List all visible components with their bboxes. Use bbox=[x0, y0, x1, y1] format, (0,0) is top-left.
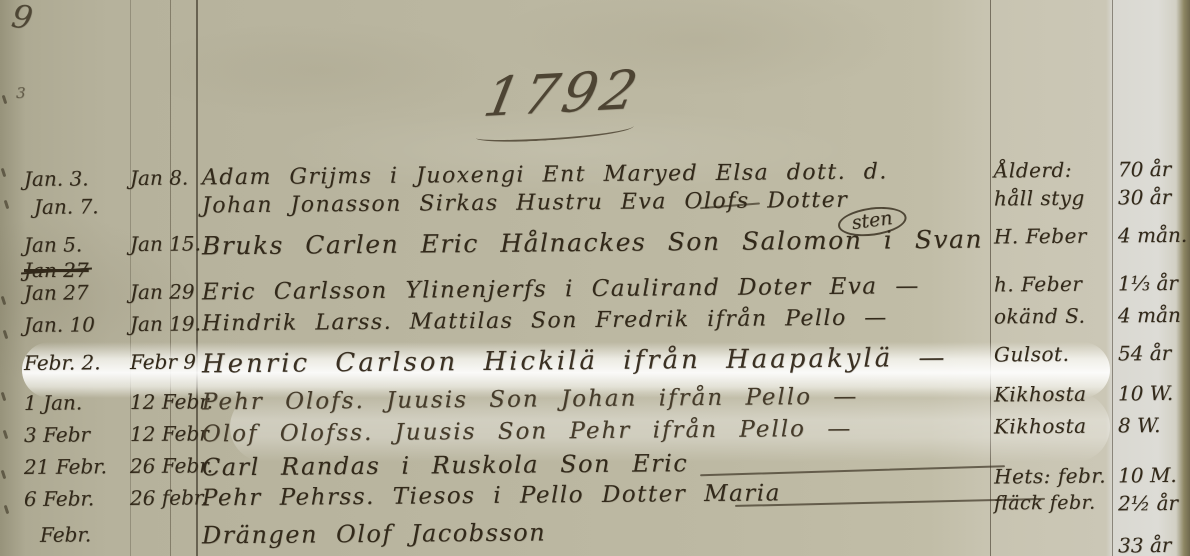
burial-date: Febr 9 bbox=[130, 349, 196, 374]
burial-date: 12 Febr. bbox=[130, 389, 213, 414]
cause-of-death: Ålderd: bbox=[994, 158, 1072, 183]
entry-text: Hindrik Larss. Mattilas Son Fredrik ifrå… bbox=[202, 305, 888, 336]
year-heading: 1792 bbox=[479, 58, 647, 129]
cause-of-death: Kikhosta bbox=[994, 414, 1087, 439]
entry-text: Olof Olofss. Juusis Son Pehr ifrån Pello… bbox=[202, 416, 853, 448]
entry-text: Drängen Olof Jacobsson bbox=[202, 518, 546, 549]
death-date: 6 Febr. bbox=[24, 486, 94, 511]
death-date: Jan. 10 bbox=[24, 312, 95, 337]
death-date: 3 Febr bbox=[24, 422, 90, 447]
burial-date: 26 Febr. bbox=[130, 453, 213, 478]
burial-date: 26 febr. bbox=[130, 485, 208, 510]
age-value: 8 W. bbox=[1118, 413, 1161, 437]
cause-of-death: h. Feber bbox=[994, 272, 1083, 297]
register-page: 9 3 1792 Jan. 3. Jan 8. Adam Grijms i Ju… bbox=[0, 0, 1190, 556]
cause-of-death: Kikhosta bbox=[994, 382, 1087, 407]
age-value: 4 mån bbox=[1118, 303, 1181, 328]
burial-date: Jan 29 bbox=[130, 279, 195, 304]
cause-of-death: H. Feber bbox=[994, 224, 1087, 249]
entry-text: Carl Randas i Ruskola Son Eric bbox=[202, 449, 689, 481]
entry-filler-line bbox=[700, 465, 1005, 476]
entry-text: Henric Carlson Hickilä ifrån Haapakylä — bbox=[202, 343, 948, 380]
age-value: 4 mån. bbox=[1118, 223, 1187, 248]
burial-date: Jan 15. bbox=[130, 231, 201, 256]
death-date: Jan 5. bbox=[24, 232, 82, 257]
cause-of-death: håll styg bbox=[994, 186, 1085, 211]
age-value: 33 år bbox=[1118, 533, 1172, 556]
death-date: Jan 27 bbox=[24, 280, 89, 305]
entry-text: Eric Carlsson Ylinenjerfs i Caulirand Do… bbox=[202, 273, 920, 305]
entry-text: Adam Grijms i Juoxengi Ent Maryed Elsa d… bbox=[202, 159, 888, 190]
death-date: 21 Febr. bbox=[24, 454, 107, 479]
entry-text: Pehr Pehrss. Tiesos i Pello Dotter Maria bbox=[202, 480, 781, 511]
death-date: Jan. 3. bbox=[24, 166, 89, 191]
margin-mark-nine: 9 bbox=[9, 0, 36, 37]
burial-date: 12 Febr bbox=[130, 421, 209, 446]
death-date: Jan. 7. bbox=[34, 194, 99, 219]
death-date: Febr. bbox=[40, 522, 91, 546]
register-row: Jan 5. Jan 15. Bruks Carlen Eric Hålnack… bbox=[0, 223, 1190, 269]
ink-tick bbox=[2, 95, 8, 104]
strikeout-date: Jan 27 bbox=[24, 258, 89, 282]
age-value: 70 år bbox=[1118, 157, 1172, 181]
age-value: 1⅓ år bbox=[1118, 271, 1178, 296]
age-value: 10 W. bbox=[1118, 381, 1173, 405]
age-value: 54 år bbox=[1118, 341, 1172, 365]
burial-date: Jan 8. bbox=[130, 166, 188, 191]
age-value: 30 år bbox=[1118, 185, 1172, 209]
cause-of-death: okänd S. bbox=[994, 304, 1086, 329]
cause-of-death: fläck febr. bbox=[994, 492, 1096, 515]
age-value: 2½ år bbox=[1118, 491, 1178, 516]
cause-of-death: Gulsot. bbox=[994, 342, 1070, 367]
death-date: 1 Jan. bbox=[24, 390, 82, 415]
entry-text: Pehr Olofs. Juusis Son Johan ifrån Pello… bbox=[202, 384, 859, 416]
death-date: Febr. 2. bbox=[24, 350, 101, 375]
burial-date: Jan 19. bbox=[130, 311, 201, 336]
margin-mark-three: 3 bbox=[16, 84, 26, 102]
